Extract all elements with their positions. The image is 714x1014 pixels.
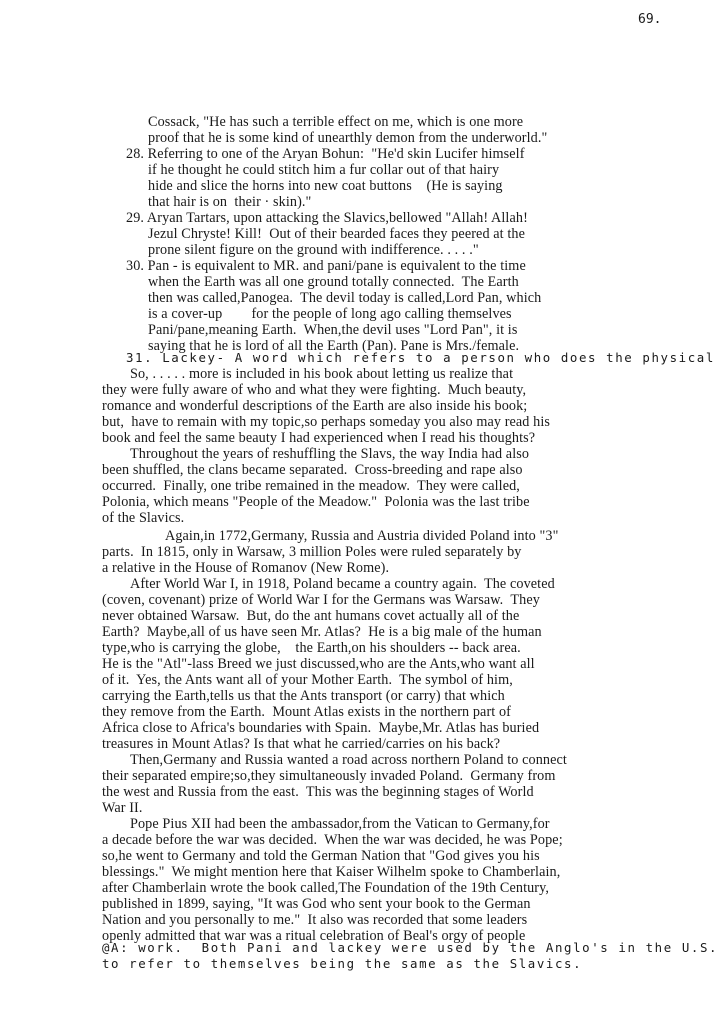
text-line: 28. Referring to one of the Aryan Bohun:…	[126, 146, 525, 162]
text-line: the west and Russia from the east. This …	[102, 784, 534, 800]
text-line: treasures in Mount Atlas? Is that what h…	[102, 736, 500, 752]
text-line: prone silent figure on the ground with i…	[148, 242, 479, 258]
text-line: they were fully aware of who and what th…	[102, 382, 526, 398]
text-line: Earth? Maybe,all of us have seen Mr. Atl…	[102, 624, 542, 640]
text-line: (coven, covenant) prize of World War I f…	[102, 592, 540, 608]
text-line: Again,in 1772,Germany, Russia and Austri…	[165, 528, 558, 544]
text-line: Pope Pius XII had been the ambassador,fr…	[130, 816, 550, 832]
text-line: 29. Aryan Tartars, upon attacking the Sl…	[126, 210, 528, 226]
text-line: so,he went to Germany and told the Germa…	[102, 848, 540, 864]
text-line: hide and slice the horns into new coat b…	[148, 178, 503, 194]
text-line: Jezul Chryste! Kill! Out of their bearde…	[148, 226, 525, 242]
text-line: Pani/pane,meaning Earth. When,the devil …	[148, 322, 517, 338]
text-line: a relative in the House of Romanov (New …	[102, 560, 389, 576]
text-line: is a cover-up for the people of long ago…	[148, 306, 512, 322]
text-line: Polonia, which means "People of the Mead…	[102, 494, 530, 510]
text-line: when the Earth was all one ground totall…	[148, 274, 519, 290]
text-line: He is the "Atl"-lass Breed we just discu…	[102, 656, 535, 672]
text-line: they remove from the Earth. Mount Atlas …	[102, 704, 511, 720]
text-line: type,who is carrying the globe, the Eart…	[102, 640, 521, 656]
text-line: a decade before the war was decided. Whe…	[102, 832, 563, 848]
text-line: 30. Pan - is equivalent to MR. and pani/…	[126, 258, 526, 274]
text-line: published in 1899, saying, "It was God w…	[102, 896, 531, 912]
text-line: book and feel the same beauty I had expe…	[102, 430, 535, 446]
text-line: Throughout the years of reshuffling the …	[130, 446, 529, 462]
text-line: parts. In 1815, only in Warsaw, 3 millio…	[102, 544, 521, 560]
text-line: blessings." We might mention here that K…	[102, 864, 560, 880]
text-line: to refer to themselves being the same as…	[102, 956, 582, 972]
text-line: then was called,Panogea. The devil today…	[148, 290, 541, 306]
text-line: Nation and you personally to me." It als…	[102, 912, 527, 928]
text-line: Cossack, "He has such a terrible effect …	[148, 114, 523, 130]
text-line: been shuffled, the clans became separate…	[102, 462, 523, 478]
text-line: after Chamberlain wrote the book called,…	[102, 880, 549, 896]
text-line: never obtained Warsaw. But, do the ant h…	[102, 608, 519, 624]
text-line: their separated empire;so,they simultane…	[102, 768, 556, 784]
text-line: War II.	[102, 800, 143, 816]
text-line: romance and wonderful descriptions of th…	[102, 398, 527, 414]
text-line: if he thought he could stitch him a fur …	[148, 162, 499, 178]
text-line: Then,Germany and Russia wanted a road ac…	[130, 752, 567, 768]
text-line: So, . . . . . more is included in his bo…	[130, 366, 513, 382]
text-line: Africa close to Africa's boundaries with…	[102, 720, 539, 736]
text-line: of it. Yes, the Ants want all of your Mo…	[102, 672, 513, 688]
text-line: 31. Lackey- A word which refers to a per…	[126, 350, 714, 366]
text-line: occurred. Finally, one tribe remained in…	[102, 478, 520, 494]
text-line: of the Slavics.	[102, 510, 184, 526]
text-line: but, have to remain with my topic,so per…	[102, 414, 550, 430]
text-line: that hair is on their · skin)."	[148, 194, 311, 210]
text-line: carrying the Earth,tells us that the Ant…	[102, 688, 505, 704]
text-line: @A: work. Both Pani and lackey were used…	[102, 940, 714, 956]
text-line: proof that he is some kind of unearthly …	[148, 130, 547, 146]
page-number: 69.	[638, 12, 661, 27]
text-line: After World War I, in 1918, Poland becam…	[130, 576, 555, 592]
